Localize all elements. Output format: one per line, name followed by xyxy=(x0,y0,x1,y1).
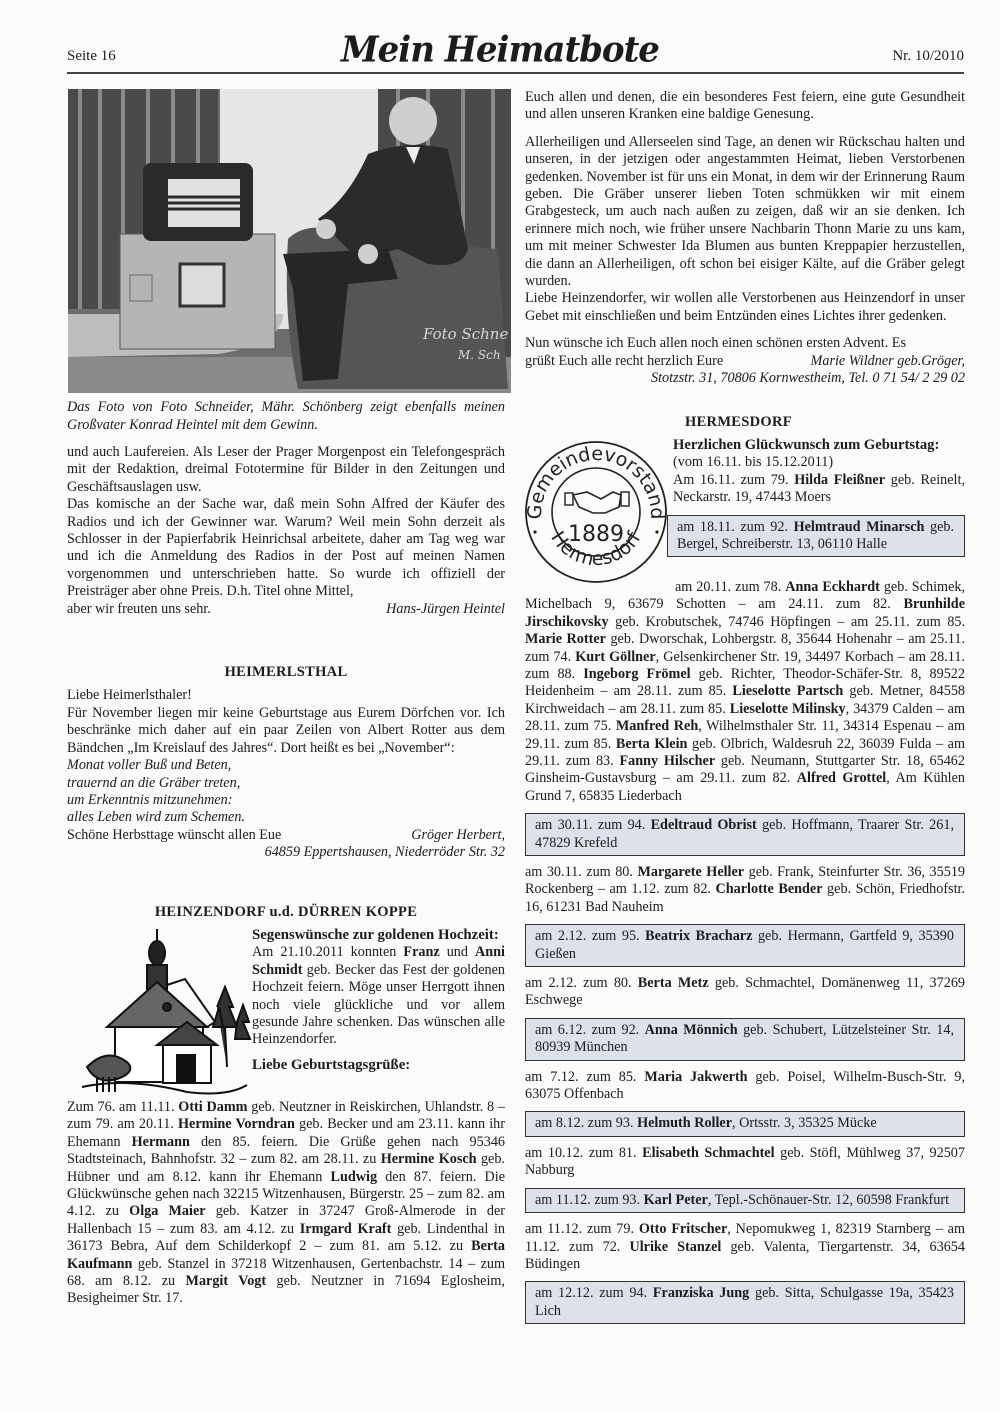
advent-paragraph: Nun wünsche ich Euch allen noch einen sc… xyxy=(525,335,965,352)
wedding-text: Segenswünsche zur goldenen Hochzeit: Am … xyxy=(252,927,505,1099)
wedding-text-mid: und xyxy=(440,944,475,960)
person-name: Anna Mönnich xyxy=(645,1022,738,1038)
issue-number: Nr. 10/2010 xyxy=(892,48,964,65)
person-name: Hilda Fleißner xyxy=(794,472,885,488)
entry-text: geb. Krobutschek, 74746 Höpfingen – am 2… xyxy=(609,614,965,630)
wedding-title: Segenswünsche zur goldenen Hochzeit: xyxy=(252,927,505,944)
heimerlsthal-greeting: Liebe Heimerlsthaler! xyxy=(67,687,505,704)
entry-text: am 30.11. zum 80. xyxy=(525,864,637,880)
entry-text: am 20.11. zum 78. xyxy=(675,579,785,595)
wedding-paragraph: Am 21.10.2011 konnten Franz und Anni Sch… xyxy=(252,944,505,1048)
story-paragraph: und auch Laufereien. Als Leser der Prage… xyxy=(67,444,505,496)
person-name: Hermine Kosch xyxy=(381,1151,477,1167)
person-name: Irmgard Kraft xyxy=(300,1221,392,1237)
person-name: Maria Jakwerth xyxy=(644,1069,747,1085)
section-title-heimerlsthal: HEIMERLSTHAL xyxy=(67,664,505,681)
person-name: Ludwig xyxy=(331,1169,378,1185)
birthday-entry: Am 16.11. zum 79. Hilda Fleißner geb. Re… xyxy=(673,472,965,507)
person-name: Berta Metz xyxy=(638,975,709,991)
birthday-entry: am 20.11. zum 78. Anna Eckhardt geb. Sch… xyxy=(525,579,965,805)
person-name: Berta Klein xyxy=(616,736,688,752)
entry-text: am 10.12. zum 81. xyxy=(525,1145,642,1161)
person-name: Lieselotte Milinsky xyxy=(730,701,846,717)
svg-text:Gemeindevorstand: Gemeindevorstand xyxy=(524,443,668,520)
church-drawing xyxy=(67,927,252,1099)
svg-text:Foto Schne: Foto Schne xyxy=(422,325,508,343)
hermesdorf-range: (vom 16.11. bis 15.12.2011) xyxy=(673,454,965,471)
right-address: Stotzstr. 31, 70806 Kornwestheim, Tel. 0… xyxy=(525,370,965,387)
right-closing: grüßt Euch alle recht herzlich Eure xyxy=(525,353,723,370)
section-title-heinzendorf: HEINZENDORF u.d. DÜRREN KOPPE xyxy=(67,904,505,921)
hermesdorf-top: Gemeindevorstand Hermesdorf 1889 Herzlic… xyxy=(525,437,965,587)
story-last-line: aber wir freuten uns sehr. xyxy=(67,601,211,618)
photo-man-with-radio: Foto Schne M. Sch xyxy=(68,89,511,393)
photo-illustration: Foto Schne M. Sch xyxy=(68,89,511,393)
person-name: Olga Maier xyxy=(129,1203,205,1219)
person-name: Margit Vogt xyxy=(186,1273,267,1289)
poem-line: Monat voller Buß und Beten, xyxy=(67,757,505,774)
memorial-paragraph: Allerheiligen und Allerseelen sind Tage,… xyxy=(525,134,965,291)
person-name: Ingeborg Frömel xyxy=(583,666,690,682)
story-paragraph: Das komische an der Sache war, daß mein … xyxy=(67,496,505,600)
stamp-icon: Gemeindevorstand Hermesdorf 1889 xyxy=(521,437,671,587)
person-name: Lieselotte Partsch xyxy=(732,683,843,699)
person-name: Karl Peter xyxy=(644,1192,708,1208)
person-name: Beatrix Bracharz xyxy=(645,928,752,944)
masthead-logo: Mein Heimatbote xyxy=(0,29,1000,71)
person-name: Charlotte Bender xyxy=(716,881,823,897)
wedding-block: Segenswünsche zur goldenen Hochzeit: Am … xyxy=(67,927,505,1099)
greeting-paragraph: Euch allen und denen, die ein besonderes… xyxy=(525,89,965,124)
person-name: Hermann xyxy=(132,1134,190,1150)
entry-text: , Tepl.-Schönauer-Str. 12, 60598 Frankfu… xyxy=(708,1192,949,1208)
story-author: Hans-Jürgen Heintel xyxy=(386,601,505,618)
person-name: Elisabeth Schmachtel xyxy=(642,1145,774,1161)
prayer-paragraph: Liebe Heinzendorfer, wir wollen alle Ver… xyxy=(525,290,965,325)
entry-text: am 8.12. zum 93. xyxy=(535,1115,637,1131)
person-name: Alfred Grottel xyxy=(797,770,886,786)
birthday-title: Liebe Geburtstagsgrüße: xyxy=(252,1057,505,1074)
person-name: Edeltraud Obrist xyxy=(651,817,757,833)
person-name: Hermine Vorndran xyxy=(178,1116,295,1132)
entry-text: am 11.12. zum 93. xyxy=(535,1192,644,1208)
person-name: Kurt Göllner xyxy=(575,649,655,665)
right-author: Marie Wildner geb.Gröger, xyxy=(811,353,965,370)
birthday-entry: am 30.11. zum 80. Margarete Heller geb. … xyxy=(525,864,965,916)
svg-text:M. Sch: M. Sch xyxy=(457,348,501,362)
section-title-hermesdorf: HERMESDORF xyxy=(525,414,965,431)
entry-text: am 2.12. zum 80. xyxy=(525,975,638,991)
entry-text: Am 16.11. zum 79. xyxy=(673,472,794,488)
poem-line: trauernd an die Gräber treten, xyxy=(67,775,505,792)
highlighted-birthday: am 30.11. zum 94. Edeltraud Obrist geb. … xyxy=(525,813,965,856)
person-name: Ulrike Stanzel xyxy=(629,1239,721,1255)
heimerlsthal-author: Gröger Herbert, xyxy=(411,827,505,844)
heinzendorf-birthdays: Zum 76. am 11.11. Otti Damm geb. Neutzne… xyxy=(67,1099,505,1308)
highlighted-birthday: am 12.12. zum 94. Franziska Jung geb. Si… xyxy=(525,1281,965,1324)
entry-text: , Ortsstr. 3, 35325 Mücke xyxy=(732,1115,877,1131)
wedding-text-pre: Am 21.10.2011 konnten xyxy=(252,944,403,960)
photo-caption: Das Foto von Foto Schneider, Mähr. Schön… xyxy=(67,398,505,434)
heimerlsthal-address: 64859 Eppertshausen, Niederröder Str. 32 xyxy=(67,844,505,861)
person-name: Franziska Jung xyxy=(653,1285,749,1301)
heimerlsthal-signature-line: Schöne Herbsttage wünscht allen Eue Grög… xyxy=(67,827,505,844)
birthday-entry: am 2.12. zum 80. Berta Metz geb. Schmach… xyxy=(525,975,965,1010)
heimerlsthal-body: Für November liegen mir keine Geburtstag… xyxy=(67,705,505,757)
hermesdorf-stamp: Gemeindevorstand Hermesdorf 1889 xyxy=(521,437,673,587)
person-name: Marie Rotter xyxy=(525,631,606,647)
birthday-entry: am 11.12. zum 79. Otto Fritscher, Nepomu… xyxy=(525,1221,965,1273)
entry-text: am 30.11. zum 94. xyxy=(535,817,651,833)
highlighted-birthday: am 8.12. zum 93. Helmuth Roller, Ortsstr… xyxy=(525,1111,965,1136)
entry-text: am 11.12. zum 79. xyxy=(525,1221,639,1237)
heimerlsthal-closing: Schöne Herbsttage wünscht allen Eue xyxy=(67,827,281,844)
person-name: Otto Fritscher xyxy=(639,1221,727,1237)
header-rule xyxy=(67,72,964,74)
entry-text: Zum 76. am 11.11. xyxy=(67,1099,178,1115)
birthday-entry: am 10.12. zum 81. Elisabeth Schmachtel g… xyxy=(525,1145,965,1180)
entry-text: am 6.12. zum 92. xyxy=(535,1022,645,1038)
poem-line: um Erkenntnis mitzunehmen: xyxy=(67,792,505,809)
right-signature-line: grüßt Euch alle recht herzlich Eure Mari… xyxy=(525,353,965,370)
entry-text: am 12.12. zum 94. xyxy=(535,1285,653,1301)
highlighted-birthday: am 11.12. zum 93. Karl Peter, Tepl.-Schö… xyxy=(525,1188,965,1213)
left-column: und auch Laufereien. Als Leser der Prage… xyxy=(67,444,505,1308)
right-column: Euch allen und denen, die ein besonderes… xyxy=(525,89,965,1324)
poem-line: alles Leben wird zum Schemen. xyxy=(67,809,505,826)
hermesdorf-intro: Herzlichen Glückwunsch zum Geburtstag: (… xyxy=(673,437,965,587)
story-signature-line: aber wir freuten uns sehr. Hans-Jürgen H… xyxy=(67,601,505,618)
entry-text: am 18.11. zum 92. xyxy=(677,519,794,535)
person-name: Otti Damm xyxy=(178,1099,247,1115)
hermesdorf-subtitle: Herzlichen Glückwunsch zum Geburtstag: xyxy=(673,437,965,454)
person-name: Fanny Hilscher xyxy=(619,753,715,769)
birthday-entry: am 7.12. zum 85. Maria Jakwerth geb. Poi… xyxy=(525,1069,965,1104)
highlighted-birthday: am 2.12. zum 95. Beatrix Bracharz geb. H… xyxy=(525,924,965,967)
person-name: Helmuth Roller xyxy=(637,1115,732,1131)
church-icon xyxy=(67,927,252,1099)
person-name: Helmtraud Minarsch xyxy=(794,519,925,535)
entry-text: am 2.12. zum 95. xyxy=(535,928,645,944)
svg-text:1889: 1889 xyxy=(568,522,624,547)
entry-text: am 7.12. zum 85. xyxy=(525,1069,644,1085)
highlighted-birthday: am 18.11. zum 92. Helmtraud Minarsch geb… xyxy=(667,515,965,558)
highlighted-birthday: am 6.12. zum 92. Anna Mönnich geb. Schub… xyxy=(525,1018,965,1061)
person-name: Margarete Heller xyxy=(637,864,744,880)
person-name: Manfred Reh xyxy=(616,718,698,734)
wedding-name-franz: Franz xyxy=(403,944,439,960)
person-name: Anna Eckhardt xyxy=(785,579,880,595)
